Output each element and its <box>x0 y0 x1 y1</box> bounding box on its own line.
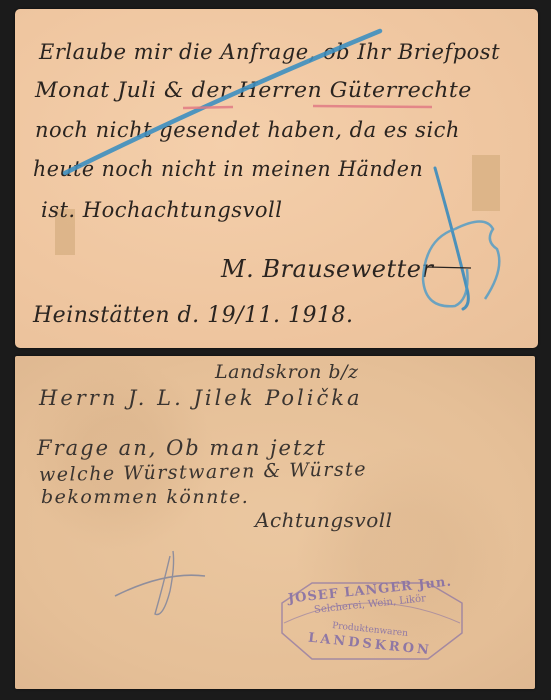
back-line-2: welche Würstwaren & Würste <box>39 458 367 486</box>
message-line-2: Monat Juli & der Herren Güterrechte <box>35 78 472 102</box>
postcard-front: Erlaube mir die Anfrage, ob Ihr Briefpos… <box>15 9 538 348</box>
message-line-4: heute noch nicht in meinen Händen <box>33 157 423 181</box>
signature: M. Brausewetter <box>221 255 433 283</box>
back-line-3: bekommen könnte. <box>41 486 249 508</box>
back-line-1: Frage an, Ob man jetzt <box>37 436 327 460</box>
heading-landskron: Landskron b/z <box>215 361 358 383</box>
hinge-remnant-right <box>472 155 500 211</box>
closing: Achtungsvoll <box>255 508 393 532</box>
message-line-3: noch nicht gesendet haben, da es sich <box>35 118 460 142</box>
address-line: Herrn J. L. Jilek Polička <box>39 386 363 410</box>
merchant-stamp: JOSEF LANGER Jun. Selcherei, Wein, Likör… <box>272 573 468 669</box>
place-date: Heinstätten d. 19/11. 1918. <box>33 303 353 328</box>
message-line-1: Erlaube mir die Anfrage, ob Ihr Briefpos… <box>39 40 500 64</box>
message-line-5: ist. Hochachtungsvoll <box>41 198 282 222</box>
postcard-back: Landskron b/z Herrn J. L. Jilek Polička … <box>15 356 535 689</box>
